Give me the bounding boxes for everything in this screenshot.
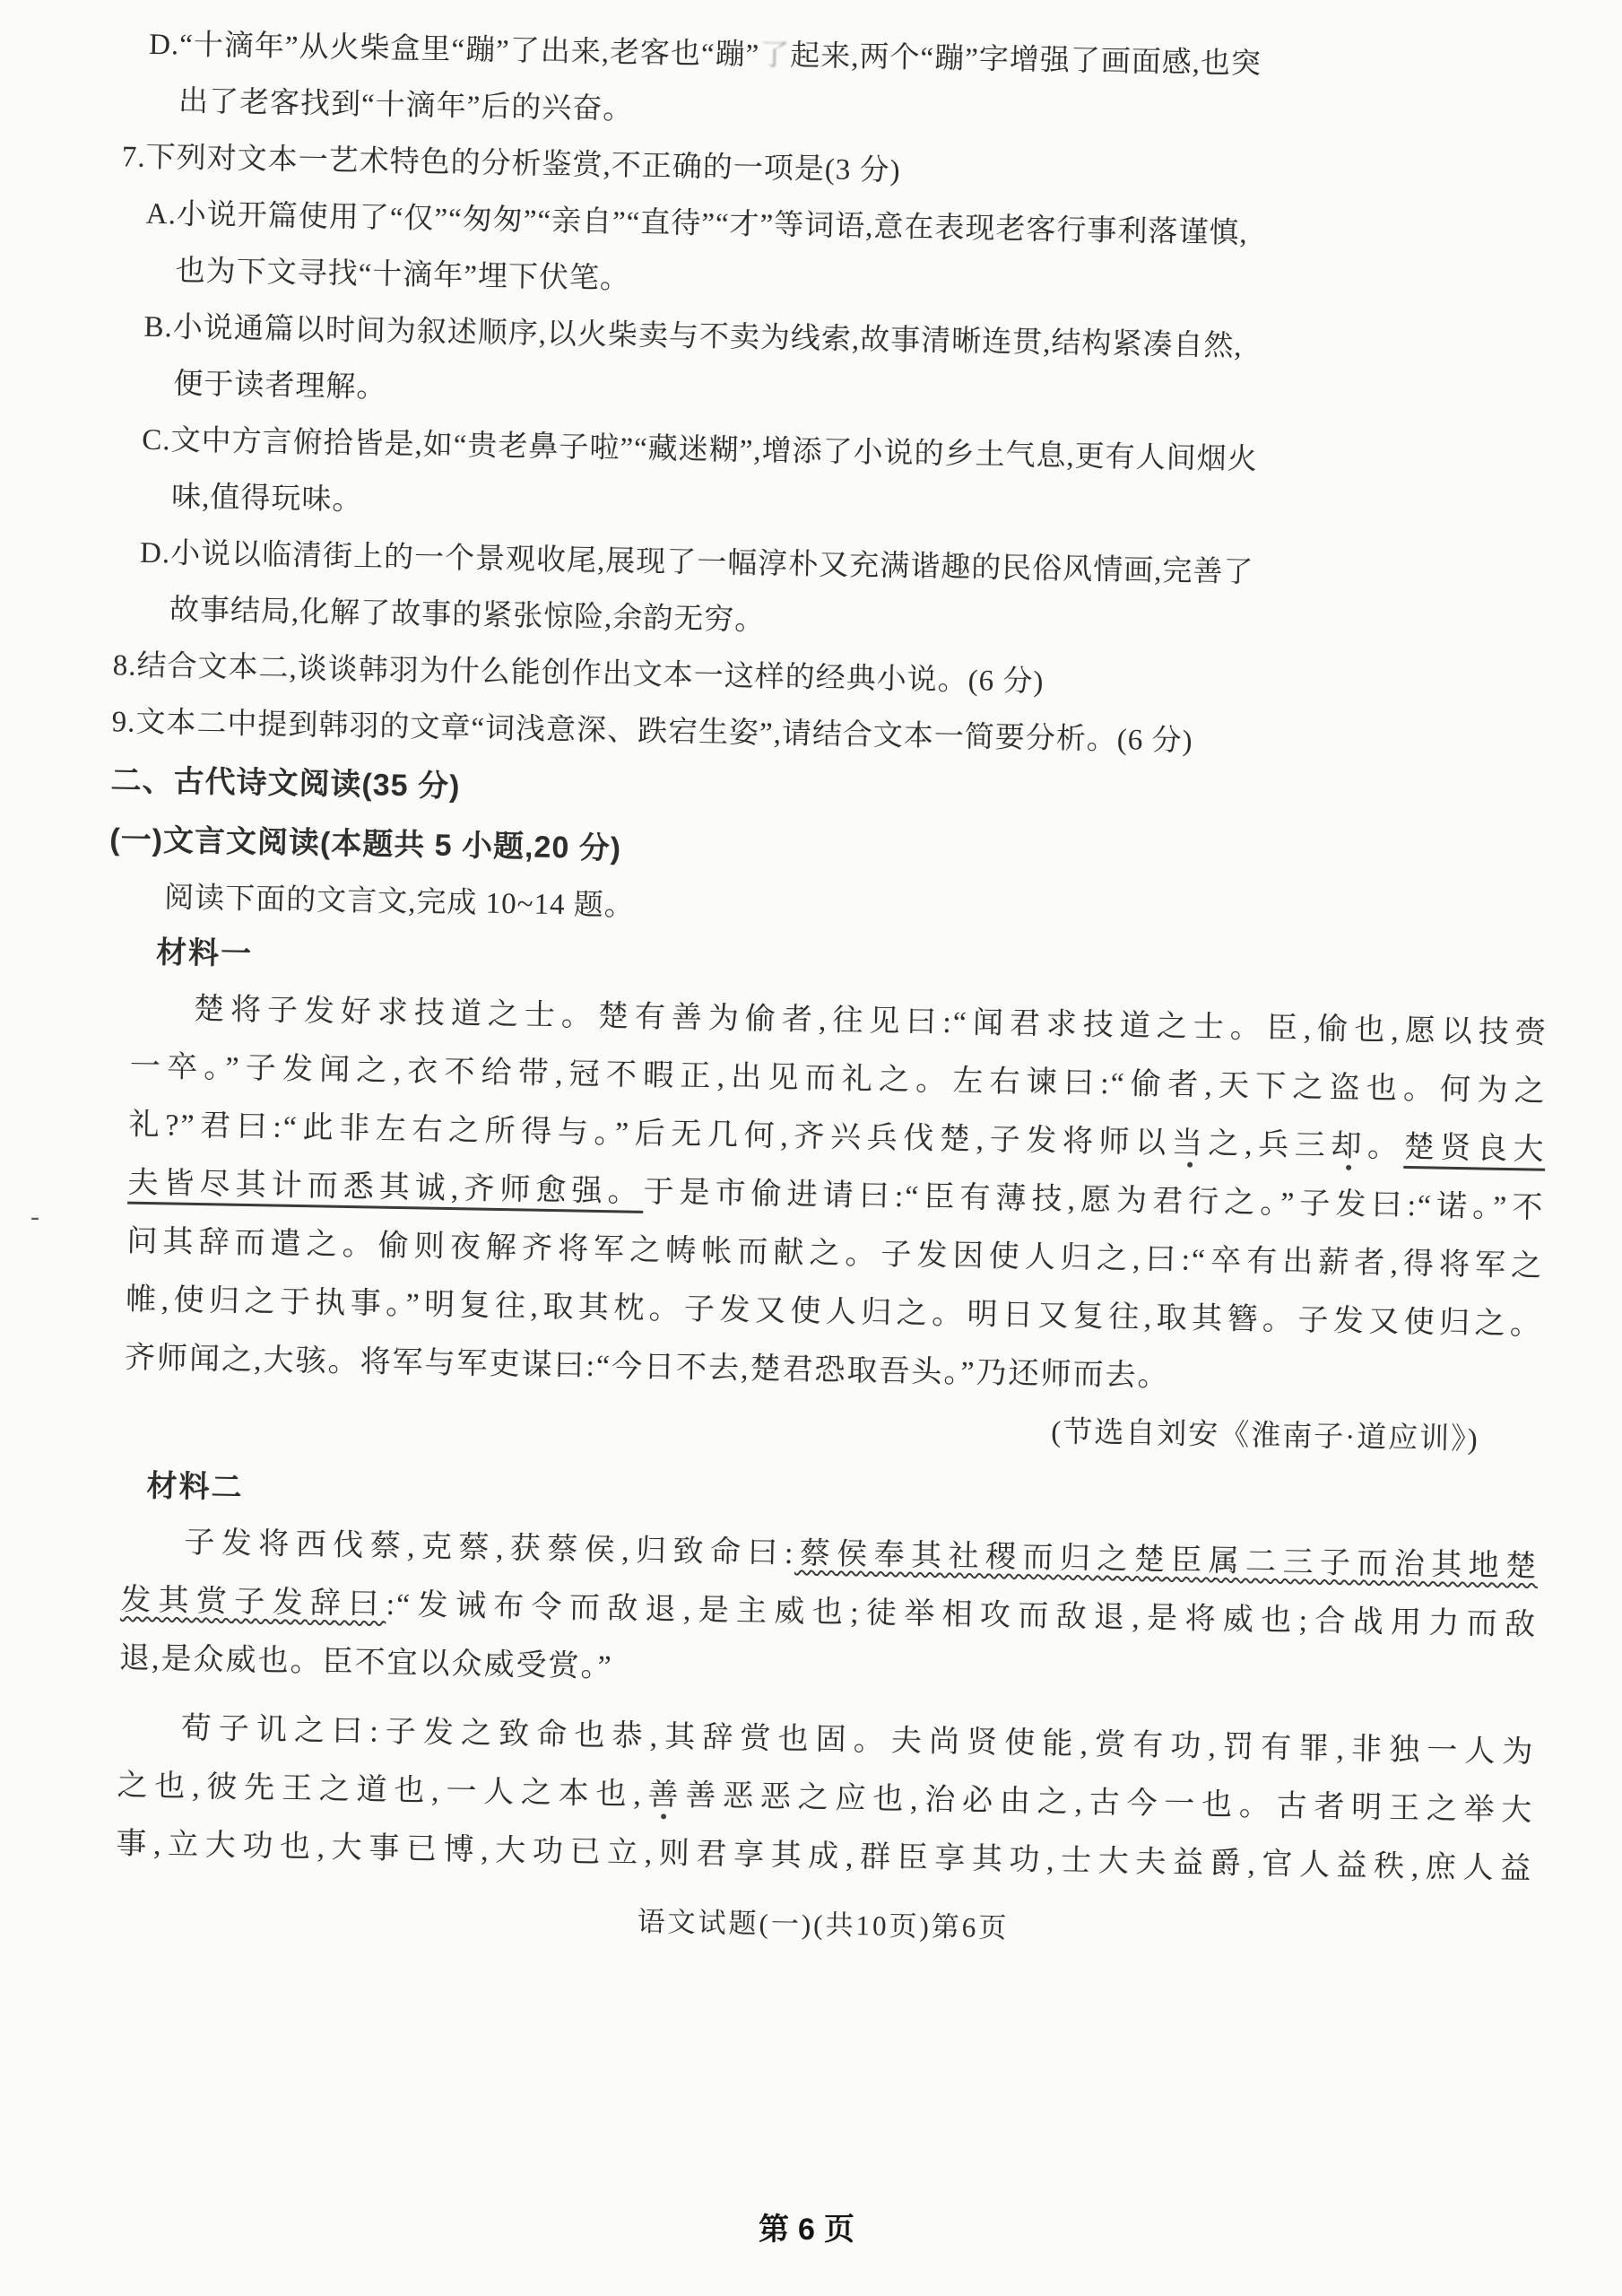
text-segment: 发其赏子发辞曰 [120,1584,386,1622]
text-segment: A.小说开篇使用了“仅”“匆匆”“亲自”“直待”“才”等词语,意在表现老客行事利… [145,198,1248,250]
text-segment: 子发将西伐蔡,克蔡,获蔡侯,归致命曰: [184,1526,795,1570]
text-segment: 阅读下面的文言文,完成 10~14 题。 [164,882,635,922]
text-segment: 于是市偷进请曰:“臣有薄技,愿为君行之。”子发曰:“诺。”不 [643,1176,1544,1225]
text-segment: 楚贤良大 [1403,1131,1546,1167]
text-segment: 材料一 [156,935,254,971]
text-segment: 味,值得玩味。 [171,481,363,517]
text-segment: :“发诫布令而敌退,是主威也;徒举相攻而敌退,是将威也;合战用力而敌 [386,1588,1537,1642]
text-segment: 夫皆尽其计而悉其诚,齐师愈强。 [127,1167,644,1209]
text-segment: 善恶恶之应也,治必由之,古今一也。古者明王之举大 [685,1779,1534,1828]
text-segment: 7.下列对文本一艺术特色的分析鉴赏,不正确的一项是(3 分) [122,141,901,187]
text-segment: 出了老客找到“十滴年”后的兴奋。 [178,85,634,126]
text-segment: 了 [759,39,791,73]
text-segment: 齐师闻之,大骇。将军与军吏谋曰:“今日不去,楚君恐取吾头。”乃还师而去。 [125,1342,1170,1394]
text-segment: D.小说以临清街上的一个景观收尾,展现了一幅淳朴又充满谐趣的民俗风情画,完善了 [140,537,1254,589]
text-segment: 蔡侯奉其社稷而归之楚臣属二三子而治其地楚 [794,1537,1539,1584]
text-segment: 也为下文寻找“十滴年”埋下伏笔。 [175,255,630,295]
text-segment: 善 [642,1779,685,1813]
text-segment: 。 [1367,1130,1404,1164]
text-segment: 起来,两个“蹦”字增强了画面感,也突 [790,40,1262,81]
text-lines: D.“十滴年”从火柴盒里“蹦”了出来,老客也“蹦”了起来,两个“蹦”字增强了画面… [0,14,1622,1966]
text-segment: B.小说通篇以时间为叙述顺序,以火柴卖与不卖为线索,故事清晰连贯,结构紧凑自然, [143,311,1243,363]
text-segment: 材料二 [146,1469,244,1505]
text-segment: C.文中方言俯拾皆是,如“贵老鼻子啦”“藏迷糊”,增添了小说的乡土气息,更有人间… [142,424,1258,476]
text-segment: 事,立大功也,大事已博,大功已立,则君享其成,群臣享其功,士大夫益爵,官人益秩,… [116,1827,1532,1885]
exam-text-block: D.“十滴年”从火柴盒里“蹦”了出来,老客也“蹦”了起来,两个“蹦”字增强了画面… [0,14,1622,1966]
text-segment: (节选自刘安《淮南子·道应训》) [1051,1416,1479,1456]
text-segment: 之,兵三 [1208,1127,1331,1162]
text-segment: 当 [1171,1126,1208,1161]
text-segment: 便于读者理解。 [173,368,387,404]
text-segment: 退,是众威也。臣不宜以众威受赏。” [119,1642,613,1684]
text-segment: 二、古代诗文阅读(35 分) [110,763,461,804]
text-segment: (一)文言文阅读(本题共 5 小题,20 分) [109,822,621,865]
text-segment: 语文试题(一)(共10页)第6页 [637,1906,1009,1944]
text-segment: 故事结局,化解了故事的紧张惊险,余韵无穷。 [169,594,766,637]
page-number: 第6页 [0,2205,1622,2248]
text-segment: 8.结合文本二,谈谈韩羽为什么能创作出文本一这样的经典小说。(6 分) [113,649,1045,698]
text-segment: 却 [1331,1129,1367,1163]
text-segment: 之也,彼先王之道也,一人之本也, [117,1769,643,1811]
text-segment: D.“十滴年”从火柴盒里“蹦”了出来,老客也“蹦” [149,29,760,72]
text-segment: 9.文本二中提到韩羽的文章“词浅意深、跌宕生姿”,请结合文本一简要分析。(6 分… [111,706,1193,757]
text-segment: 礼?”君曰:“此非左右之所得与。”后无几何,齐兴兵伐楚,子发将师以 [128,1109,1172,1161]
text-line: 语文试题(一)(共10页)第6页 [115,1885,1532,1964]
document-page: { "document": { "kind": "scanned Chinese… [0,0,1622,2296]
